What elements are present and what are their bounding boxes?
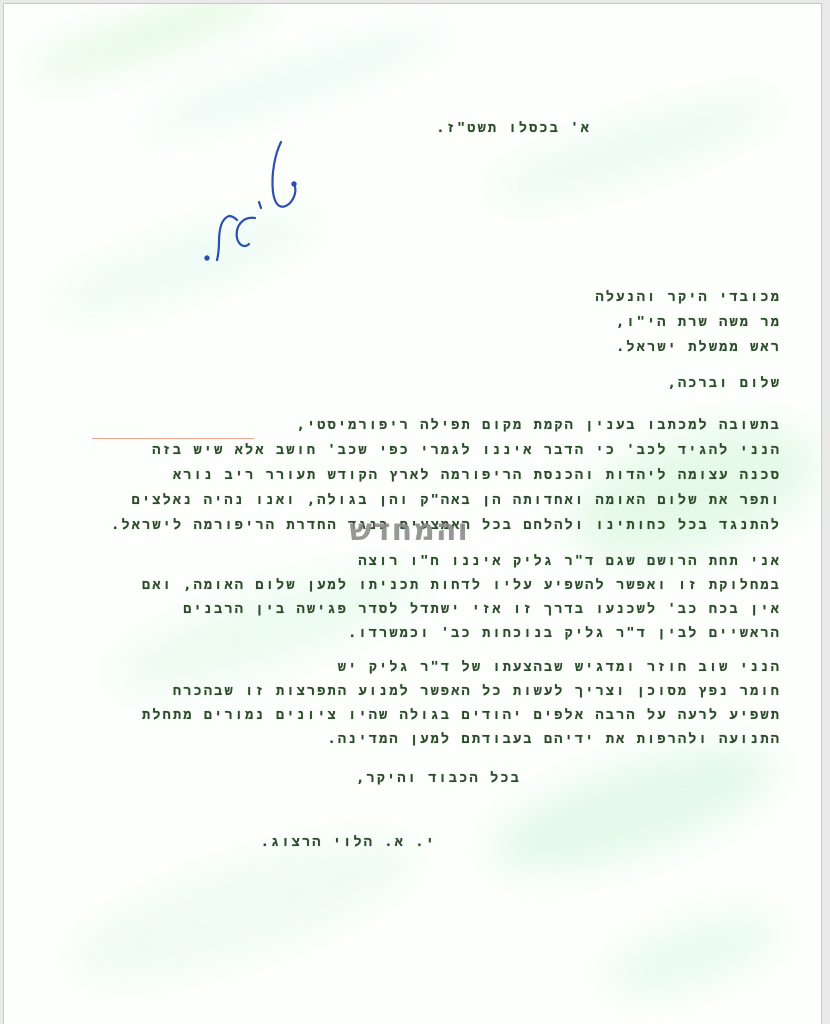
- paragraph-line: הנני שוב חוזר ומדגיש שבהצעתו של ד"ר גליק…: [338, 661, 781, 675]
- signature: י. א. הלוי הרצוג.: [261, 836, 436, 850]
- paragraph-line: במחלוקת זו ואפשר להשפיע עליו לדחות תכנית…: [142, 579, 781, 593]
- paragraph-line: בתשובה למכתבו בענין הקמת מקום תפילה ריפו…: [297, 419, 781, 433]
- paragraph-line: חומר נפץ מסוכן וצריך לעשות כל האפשר למנו…: [173, 685, 781, 699]
- paragraph-line: התנועה ולהרפות את ידיהם בעבודתם למען המד…: [328, 733, 781, 747]
- addressee-line: ראש ממשלת ישראל.: [616, 341, 781, 355]
- red-underline-mark: [92, 438, 254, 439]
- paragraph-line: אני תחת הרושם שגם ד"ר גליק איננו ח"ו רוצ…: [358, 555, 781, 569]
- addressee-line: מכובדי היקר והנעלה: [596, 291, 781, 305]
- paragraph-line: הנני להגיד לכב' כי הדבר איננו לגמרי כפי …: [152, 444, 781, 458]
- letter-date: א' בכסלו תשט"ז.: [436, 122, 591, 136]
- addressee-line: מר משה שרת הי"ו,: [616, 316, 781, 330]
- paragraph-line: הראשיים לבין ד"ר גליק בנוכחות כב' וכמשרד…: [348, 627, 781, 641]
- closing: בכל הכבוד והיקר,: [356, 772, 521, 786]
- paper-stain: [484, 79, 785, 219]
- handwritten-annotation: [199, 134, 309, 264]
- paragraph-line: ותפר את שלום האומה ואחדותה הן באה"ק והן …: [132, 494, 781, 508]
- paragraph-line: אין בכח כב' לשכנעו בדרך זו אזי ישתדל לסד…: [183, 603, 781, 617]
- greeting: שלום וברכה,: [668, 377, 781, 391]
- paragraph-line: סכנה עצומה ליהדות והכנסת הריפורמה לארץ ה…: [173, 469, 781, 483]
- paper-stain: [599, 898, 789, 1011]
- document-page: א' בכסלו תשט"ז. מכובדי היקר והנעלה מר מש…: [3, 3, 822, 1024]
- watermark: והמחדש: [309, 516, 509, 546]
- paragraph-line: תשפיע לרעה על הרבה אלפים יהודים בגולה שה…: [142, 709, 781, 723]
